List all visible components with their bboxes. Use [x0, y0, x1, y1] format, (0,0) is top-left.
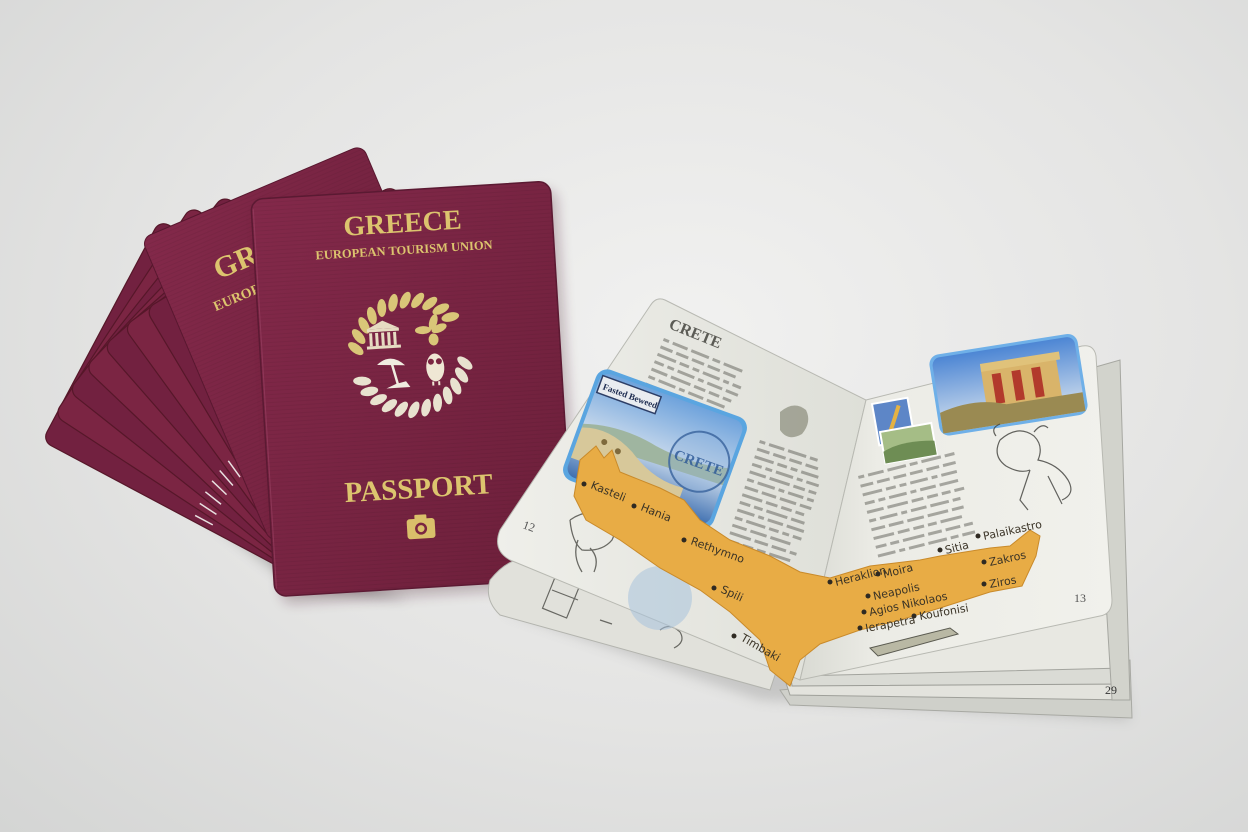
open-passport-booklet: 29 CRETE Fasted Beweed	[488, 299, 1132, 720]
passport-scene: GR EUROPEA GREECE EUROPEAN TOURISM UNION	[0, 0, 1248, 832]
bottom-page-number: 29	[1105, 683, 1117, 697]
right-page-number: 13	[1074, 591, 1086, 605]
